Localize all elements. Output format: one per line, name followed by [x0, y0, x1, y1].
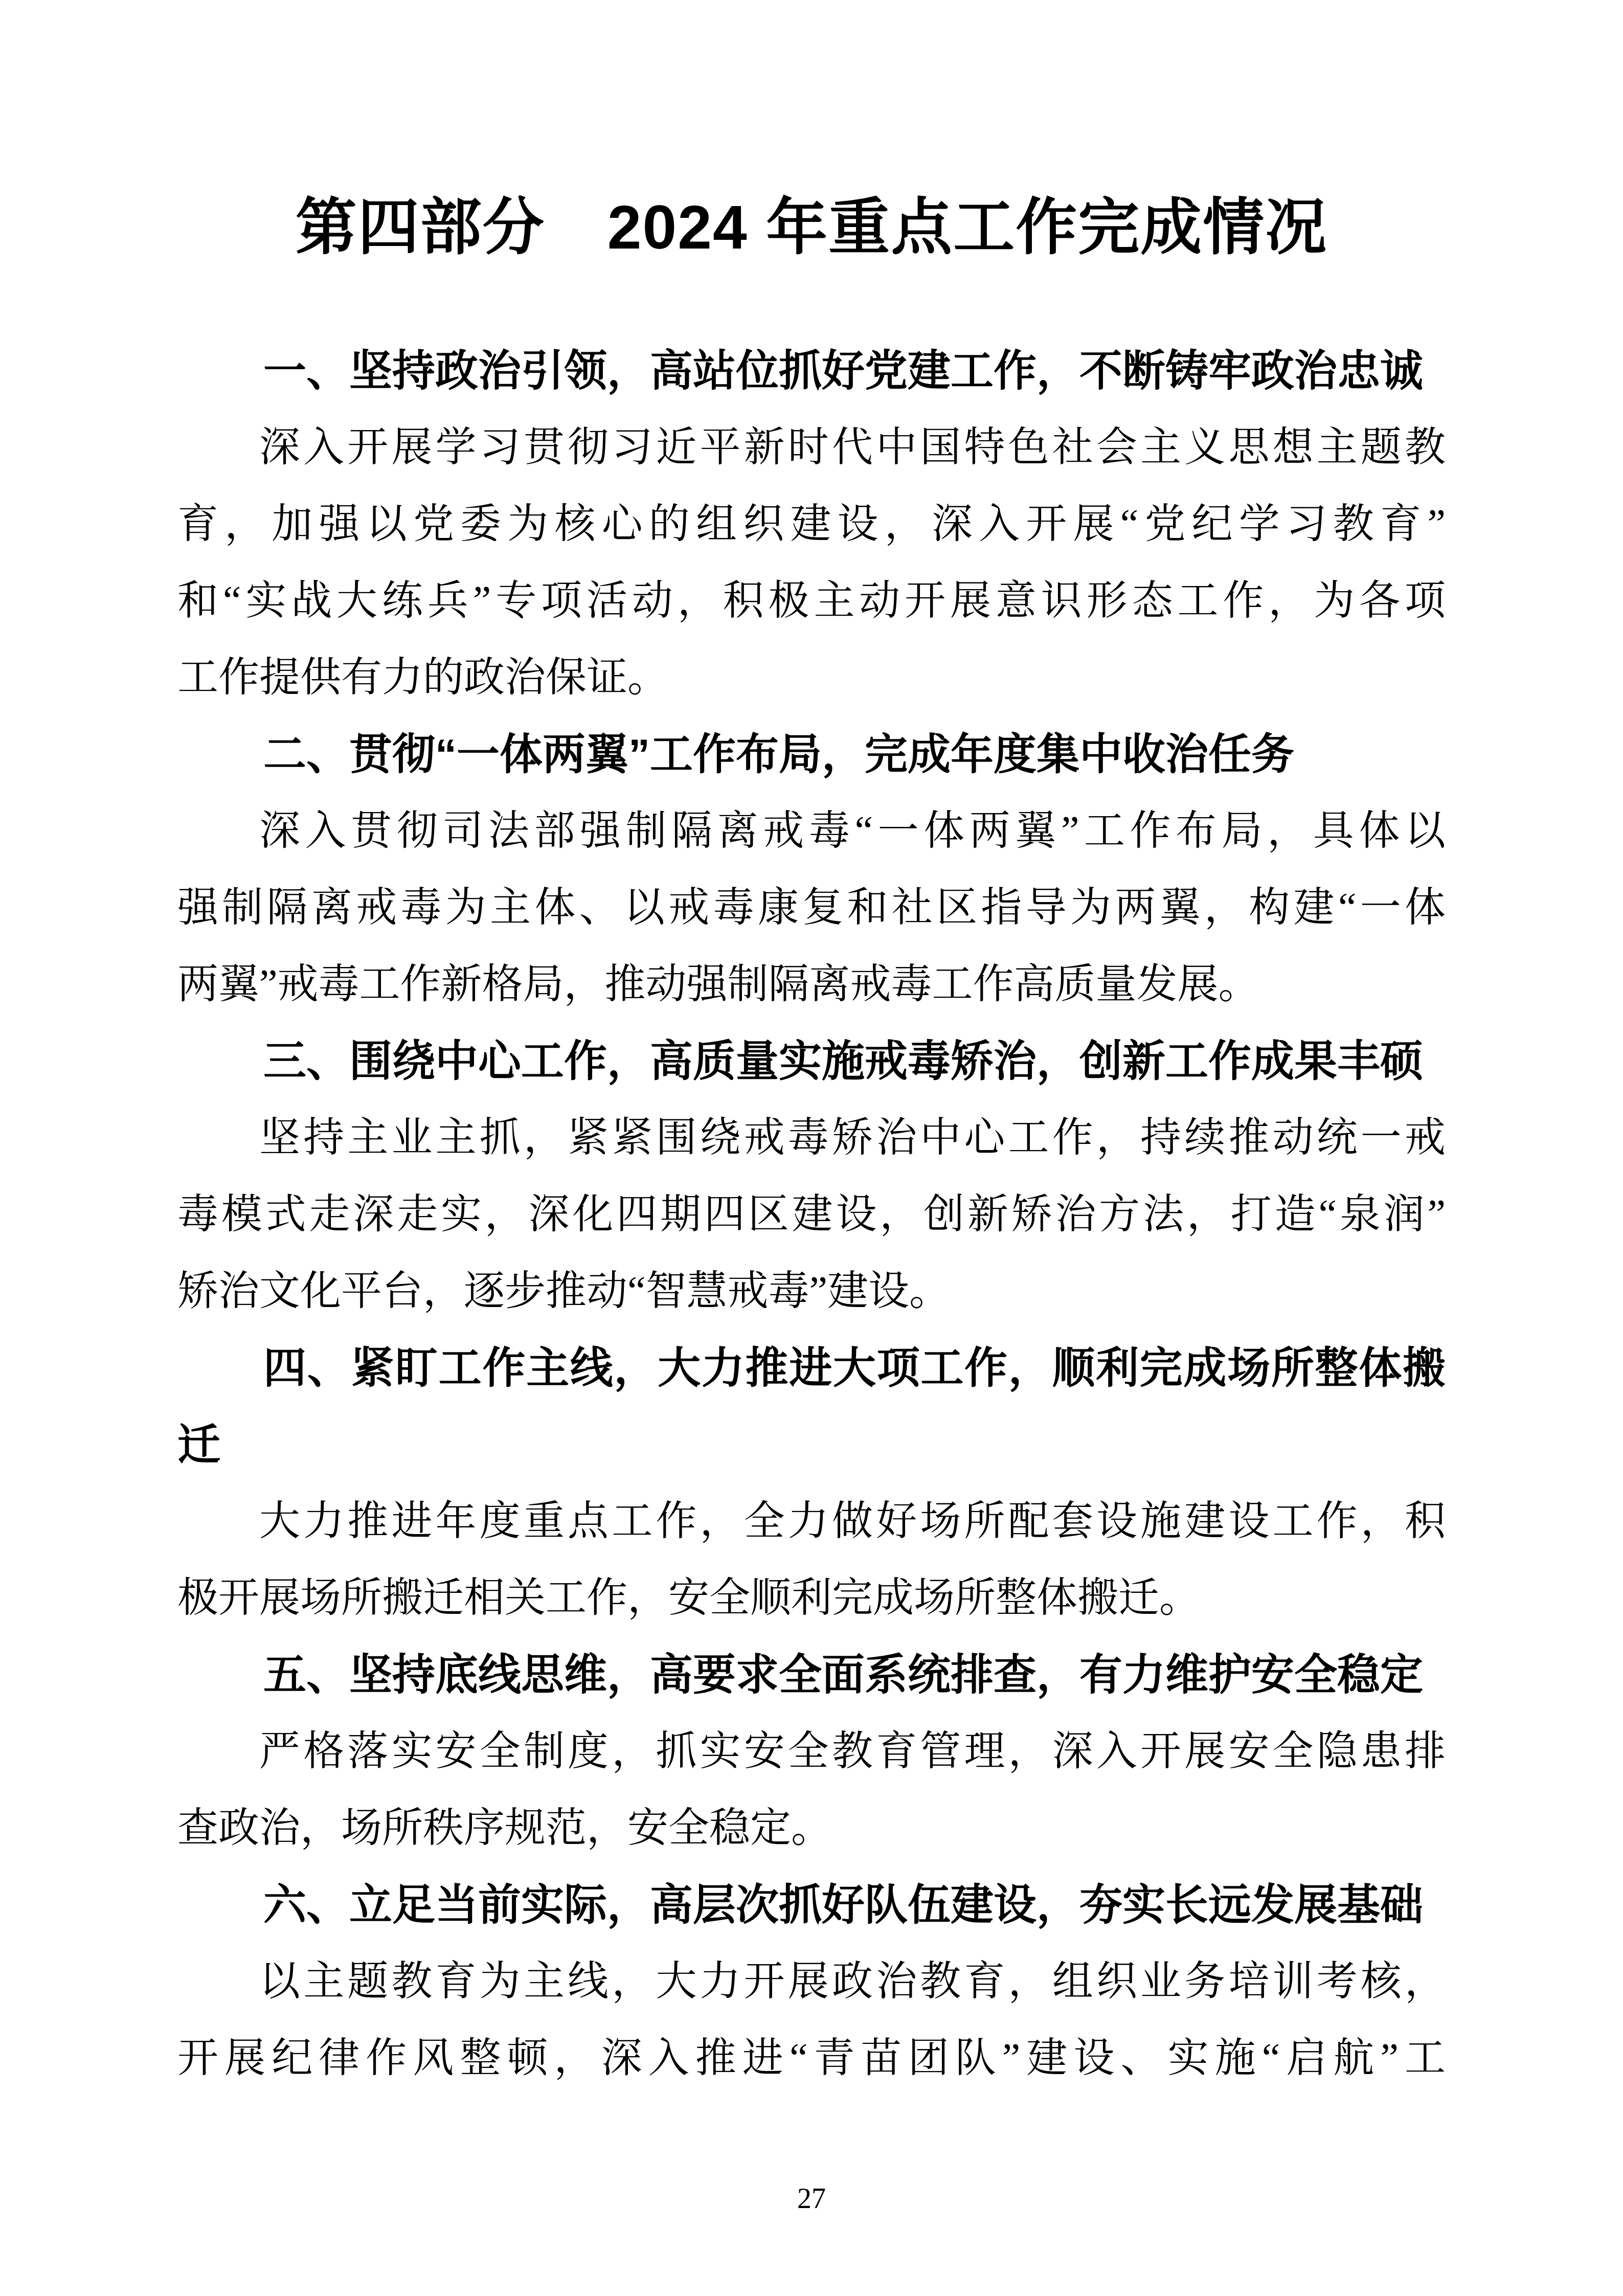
paragraph-line: 和“实战大练兵”专项活动，积极主动开展意识形态工作，为各项	[177, 562, 1446, 639]
paragraph-line: 以主题教育为主线，大力开展政治教育，组织业务培训考核，	[177, 1943, 1446, 2020]
paragraph-line: 大力推进年度重点工作，全力做好场所配套设施建设工作，积	[177, 1483, 1446, 1560]
section-heading-line: 迁	[177, 1406, 1446, 1483]
paragraph-line: 严格落实安全制度，抓实安全教育管理，深入开展安全隐患排	[177, 1713, 1446, 1790]
paragraph-line: 矫治文化平台，逐步推动“智慧戒毒”建设。	[177, 1253, 1446, 1330]
section-heading-line: 一、坚持政治引领，高站位抓好党建工作，不断铸牢政治忠诚	[177, 332, 1446, 409]
section-4: 四、紧盯工作主线，大力推进大项工作，顺利完成场所整体搬 迁 大力推进年度重点工作…	[177, 1330, 1446, 1636]
section-heading-line: 六、立足当前实际，高层次抓好队伍建设，夯实长远发展基础	[177, 1866, 1446, 1943]
paragraph-line: 育，加强以党委为核心的组织建设，深入开展“党纪学习教育”	[177, 486, 1446, 562]
section-heading-line: 二、贯彻“一体两翼”工作布局，完成年度集中收治任务	[177, 716, 1446, 793]
section-1: 一、坚持政治引领，高站位抓好党建工作，不断铸牢政治忠诚 深入开展学习贯彻习近平新…	[177, 332, 1446, 716]
paragraph-line: 强制隔离戒毒为主体、以戒毒康复和社区指导为两翼，构建“一体	[177, 869, 1446, 946]
section-6: 六、立足当前实际，高层次抓好队伍建设，夯实长远发展基础 以主题教育为主线，大力开…	[177, 1866, 1446, 2097]
section-heading-line: 五、坚持底线思维，高要求全面系统排查，有力维护安全稳定	[177, 1636, 1446, 1713]
document-page: 第四部分 2024 年重点工作完成情况 一、坚持政治引领，高站位抓好党建工作，不…	[0, 0, 1623, 2296]
section-heading-line: 四、紧盯工作主线，大力推进大项工作，顺利完成场所整体搬	[177, 1330, 1446, 1406]
page-title: 第四部分 2024 年重点工作完成情况	[177, 184, 1446, 271]
page-number: 27	[177, 2178, 1446, 2219]
paragraph-line: 两翼”戒毒工作新格局，推动强制隔离戒毒工作高质量发展。	[177, 946, 1446, 1023]
paragraph-line: 深入贯彻司法部强制隔离戒毒“一体两翼”工作布局，具体以	[177, 793, 1446, 869]
paragraph-line: 查政治，场所秩序规范，安全稳定。	[177, 1790, 1446, 1866]
section-2: 二、贯彻“一体两翼”工作布局，完成年度集中收治任务 深入贯彻司法部强制隔离戒毒“…	[177, 716, 1446, 1023]
section-5: 五、坚持底线思维，高要求全面系统排查，有力维护安全稳定 严格落实安全制度，抓实安…	[177, 1636, 1446, 1866]
section-3: 三、围绕中心工作，高质量实施戒毒矫治，创新工作成果丰硕 坚持主业主抓，紧紧围绕戒…	[177, 1023, 1446, 1330]
paragraph-line: 极开展场所搬迁相关工作，安全顺利完成场所整体搬迁。	[177, 1560, 1446, 1636]
paragraph-line: 开展纪律作风整顿，深入推进“青苗团队”建设、实施“启航”工	[177, 2020, 1446, 2097]
section-heading-line: 三、围绕中心工作，高质量实施戒毒矫治，创新工作成果丰硕	[177, 1023, 1446, 1099]
paragraph-line: 坚持主业主抓，紧紧围绕戒毒矫治中心工作，持续推动统一戒	[177, 1099, 1446, 1176]
paragraph-line: 深入开展学习贯彻习近平新时代中国特色社会主义思想主题教	[177, 409, 1446, 486]
paragraph-line: 工作提供有力的政治保证。	[177, 639, 1446, 716]
paragraph-line: 毒模式走深走实，深化四期四区建设，创新矫治方法，打造“泉润”	[177, 1176, 1446, 1253]
